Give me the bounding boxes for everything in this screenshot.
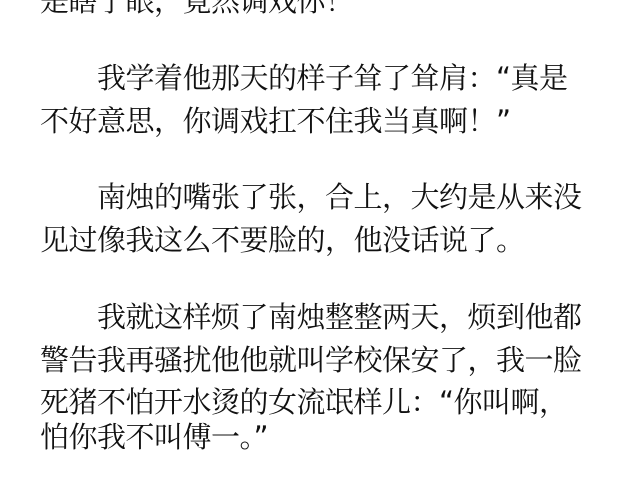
paragraph-3-line-1: 我就这样烦了南烛整整两天，烦到他都 bbox=[40, 300, 582, 334]
paragraph-3-line-4: 怕你我不叫傅一。” bbox=[40, 420, 268, 454]
paragraph-3-line-2: 警告我再骚扰他他就叫学校保安了，我一脸 bbox=[40, 343, 582, 377]
paragraph-3-line-3: 死猪不怕开水烫的女流氓样儿：“你叫啊， bbox=[40, 385, 568, 419]
paragraph-2-line-2: 见过像我这么不要脸的，他没话说了。 bbox=[40, 223, 525, 257]
paragraph-1-line-1: 我学着他那天的样子耸了耸肩：“真是 bbox=[40, 61, 568, 95]
paragraph-1-line-2: 不好意思，你调戏扛不住我当真啊！” bbox=[40, 104, 511, 138]
paragraph-2-line-1: 南烛的嘴张了张，合上，大约是从来没 bbox=[40, 180, 582, 214]
text-line-clipped: 是瞎了眼，竟然调戏你！ bbox=[40, 0, 354, 18]
document-page: 是瞎了眼，竟然调戏你！ 我学着他那天的样子耸了耸肩：“真是 不好意思，你调戏扛不… bbox=[0, 0, 640, 500]
